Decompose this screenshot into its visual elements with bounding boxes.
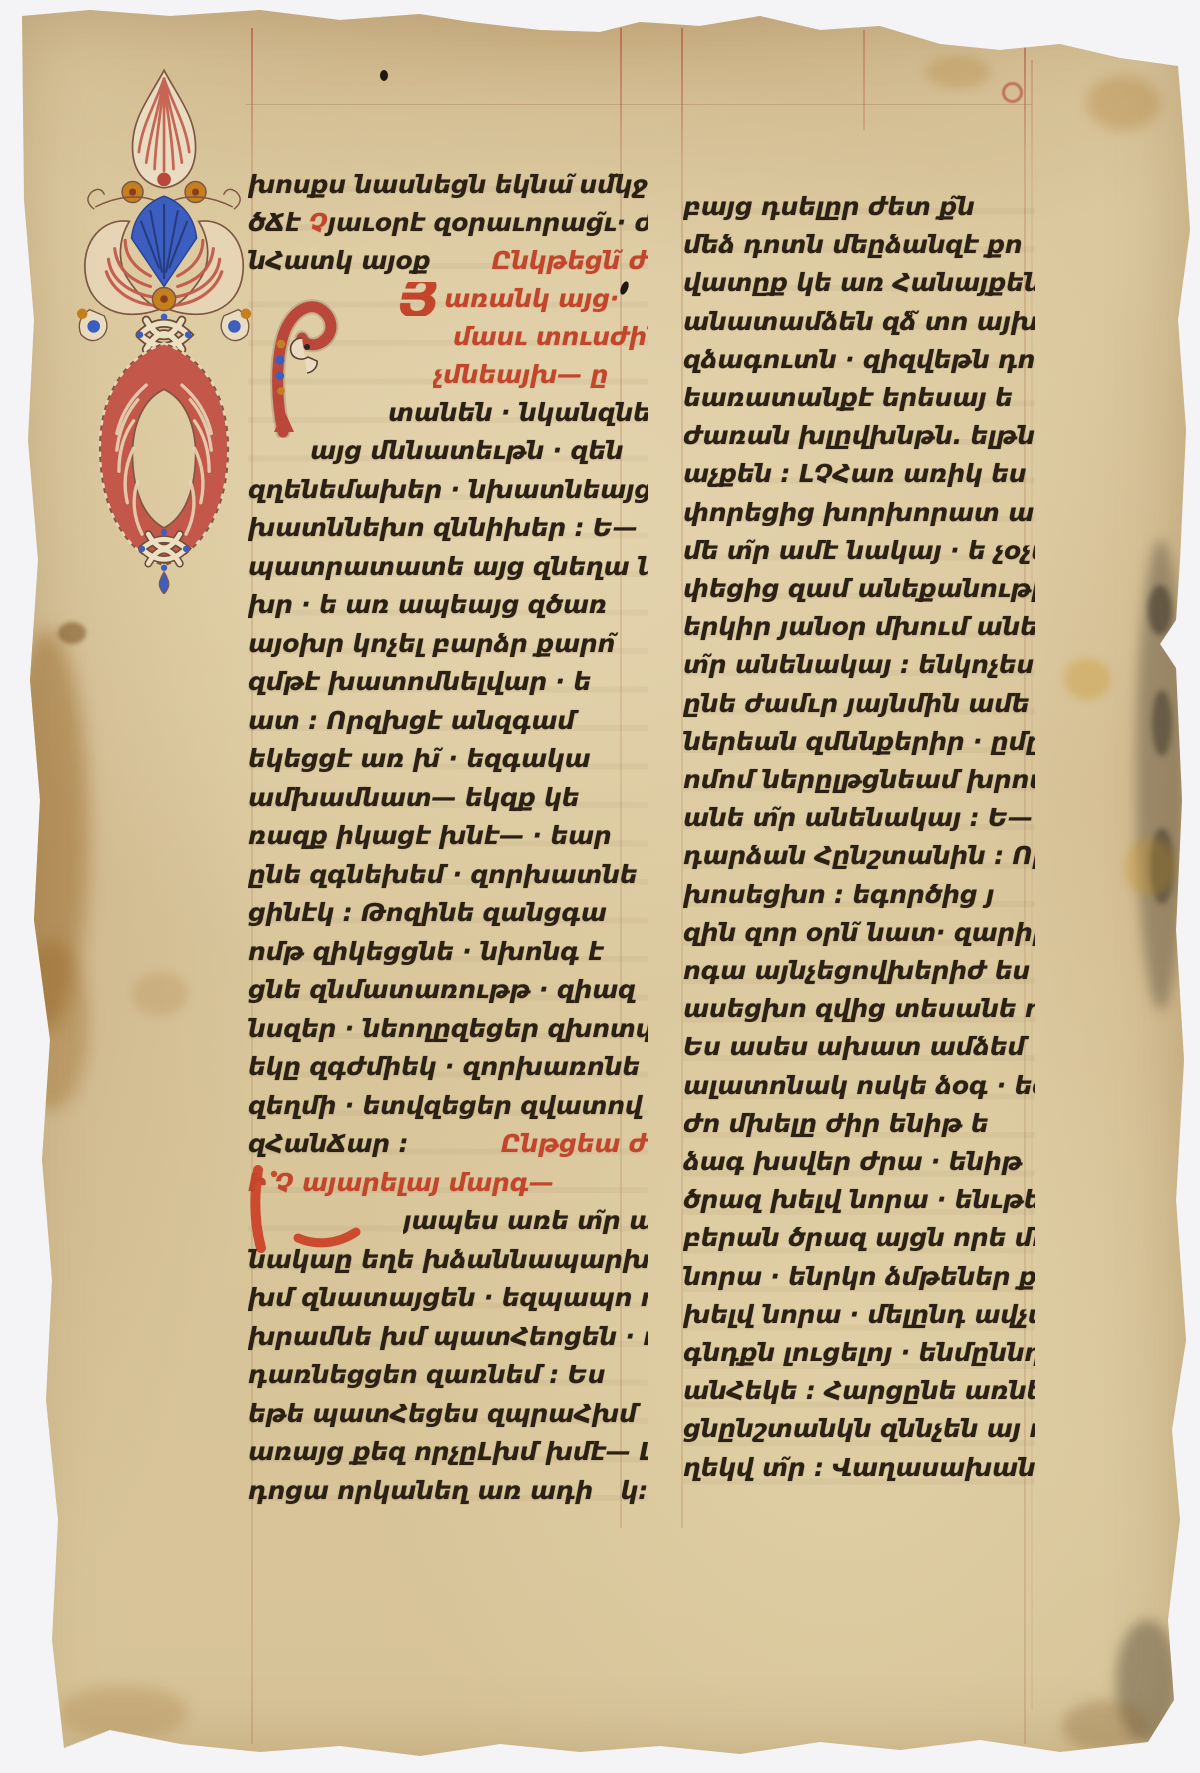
text-line-left-14: զմթէ խատոմնելվար · ե: [248, 665, 648, 699]
text-line-left-9: զղենեմախեր · նխատնեայց: [248, 473, 648, 507]
text-line-right-25: ժո մխելը ժիր ենիթ ե: [683, 1107, 1035, 1141]
text-line-left-34: առայց քեզ որչըԼխմ խմէ— Լ: [248, 1435, 648, 1469]
text-line-right-3: վատըք կե առ Հանայքեն : Զի: [683, 266, 1035, 300]
text-line-left-24: եկը զգժմիեկ · զորխառոնե: [248, 1050, 648, 1084]
red-seal-mark: [1002, 82, 1023, 103]
text-line-right-17: անե տ̃ր անենակայ : Ե—: [683, 801, 1035, 835]
text-line-left-21: ոմթ զիկեցցնե · նխոնգ է: [248, 935, 648, 969]
ink-speck: [380, 70, 388, 81]
text-line-right-15: ներեան զմննքերիր · ըմը: [683, 725, 1035, 759]
text-line-left-31: խրամնե խմ պատՀեոցեն · դո: [248, 1320, 648, 1354]
text-line-left-25: զեղմի · ետվզեցեր զվատով: [248, 1089, 648, 1123]
stain-yellow-2: [1124, 838, 1176, 896]
text-line-right-33: ցնընշտանկն զննչեն այ դ—: [683, 1412, 1035, 1446]
text-line-left-29: նակաը եղե խձաննապարխս: [248, 1243, 648, 1277]
text-line-right-34: ղեկվ տ̃ր : Վաղասախանվե: [683, 1451, 1035, 1485]
text-line-right-22: ասեցխո զվից տեսանե ո̃: [683, 992, 1035, 1026]
text-line-right-30: խելվ նորա · մելընդ ավչմե: [683, 1298, 1035, 1332]
text-line-right-5: զձագուտն · զիզվեթն դո ը: [683, 343, 1035, 377]
ruling-red-drip: [863, 30, 865, 130]
text-line-left-15: ատ : Որզխցէ անզգամ: [248, 704, 648, 738]
text-line-right-9: փորեցից խորխորատ ա: [683, 496, 1035, 530]
text-line-left-26: զՀանՃար :Ընթցեա ժ: [248, 1127, 648, 1161]
stain-top-mid: [926, 56, 990, 88]
text-line-right-19: խոսեցխո : եգործից յ: [683, 878, 1035, 912]
text-line-left-11: պատրատատե այց զնեղա ն: [248, 550, 648, 584]
text-line-right-2: մեձ դոտն մեըձանզէ քո: [683, 228, 1035, 262]
text-line-left-2: ծՃէ Չյաւօրէ զօրաւորաց̃ւ· ժը խաւտանել: [248, 206, 648, 240]
text-line-right-21: ոգա այնչեցովխերիժ ես: [683, 954, 1035, 988]
text-line-right-18: դարձան Հընշտանին : Որ: [683, 839, 1035, 873]
text-line-right-26: ձագ խսվեր ժրա · ենիթ: [683, 1145, 1035, 1179]
text-line-left-20: ցինէկ : Թոզինե զանցգա: [248, 896, 648, 930]
text-line-right-13: տ̃ր անենակայ : ենկոչես: [683, 648, 1035, 682]
stain-right-gray-2: [1148, 585, 1172, 635]
text-line-left-27: Ի Չ այարելայ մարգ—: [248, 1166, 648, 1200]
text-line-right-14: ընե ժամւր յայնմին ամե: [683, 687, 1035, 721]
text-line-right-16: ոմոմ ներըլթցնեամ խրոմե: [683, 763, 1035, 797]
text-line-right-10: մե տ̃ր ամէ նակայ · ե չօչա: [683, 534, 1035, 568]
text-line-right-23: Ես ասես ախատ ամձեմ: [683, 1030, 1035, 1064]
stain-bottom-corner: [1062, 1700, 1148, 1752]
text-line-right-28: բերան ծրազ այցն որե մէջ: [683, 1221, 1035, 1255]
text-line-left-35: դոցա որկանեղ առ ադիկ:: [248, 1474, 648, 1508]
text-line-left-16: եկեցցէ առ խ̃ · եզգակա: [248, 742, 648, 776]
stain-top-right: [1086, 76, 1160, 130]
stain-left-lower: [16, 940, 88, 1110]
text-line-right-32: անՀեկե : Հարցընե առնեմ: [683, 1374, 1035, 1408]
text-line-left-23: նսզեր · նեողըզեցեր զխոտվ: [248, 1012, 648, 1046]
text-line-left-19: ընե զգնեխեմ · զորխատնե: [248, 858, 648, 892]
stain-right-gray-4: [1150, 828, 1174, 904]
text-line-right-31: գնդքն լուցելոյ · ենմըննդ: [683, 1336, 1035, 1370]
text-line-left-30: խմ զնատայցեն · եզպապո ո—: [248, 1281, 648, 1315]
stain-right-bottom: [1116, 1620, 1178, 1744]
text-line-left-33: եթե պատՀեցես զպրաՀխմ: [248, 1397, 648, 1431]
text-line-left-6: չմնեայխ— ը: [433, 358, 648, 392]
text-line-left-4: Յառանկ այց·: [398, 282, 648, 316]
text-line-left-22: ցնե զնմատառութթ · զիազ: [248, 973, 648, 1007]
text-line-left-1: խոսքս նասնեցն եկնա̃սմ̃կջ: [248, 168, 648, 202]
text-line-right-8: աչքեն : ԼՉՀառ առիկ ես: [683, 457, 1035, 491]
text-line-right-20: զին զոր օրն̃ նատ· զարիթն: [683, 916, 1035, 950]
stain-mid-left: [132, 972, 188, 1016]
stain-right-gray-3: [1152, 690, 1172, 756]
stain-left-edge: [6, 630, 88, 1030]
text-line-left-17: ամխամնատ— եկզք կե: [248, 781, 648, 815]
text-line-right-11: փեցից զամ անեքանութիս: [683, 572, 1035, 606]
text-line-right-12: երկիր յանօր մխում անե: [683, 610, 1035, 644]
ruling-top-horizontal: [246, 104, 1032, 105]
text-line-right-4: անատամձեն զձ̃ տո այխն: [683, 305, 1035, 339]
text-line-left-32: դառնեցցեո զառնեմ : Ես: [248, 1358, 648, 1392]
manuscript-page: խոսքս նասնեցն եկնա̃սմ̃կջծՃէ Չյաւօրէ զօրա…: [0, 0, 1200, 1773]
text-line-right-6: եառատանքէ երեսայ ե: [683, 381, 1035, 415]
text-line-left-10: խատննեխո զննիխեր : Ե—: [248, 511, 648, 545]
text-line-left-7: տանեն · նկանզնել: [388, 396, 648, 430]
text-line-left-12: խր · ե առ ապեայց զծառ: [248, 588, 648, 622]
stain-left-spot: [58, 622, 86, 644]
stain-yellow-1: [1064, 658, 1110, 700]
stain-right-gray: [1136, 540, 1186, 1010]
text-line-left-18: ռազք իկացէ խնէ— · եար: [248, 819, 648, 853]
text-line-right-29: նորա · ենրկո ձմթեներ ք: [683, 1260, 1035, 1294]
text-line-left-5: մասւ տուսժին: [453, 320, 648, 354]
text-line-right-24: ալատոնակ ոսկե ձօգ · եզո: [683, 1069, 1035, 1103]
text-line-right-7: ժառան խլըվխնթն. ելթն: [683, 419, 1035, 453]
text-line-left-13: այօխր կոչել բարձր քարո̃: [248, 627, 648, 661]
stain-bottom-left: [58, 1686, 188, 1740]
text-line-left-28: յապես առե տ̃ր ան: [403, 1204, 648, 1238]
text-line-right-27: ծրազ խելվ նորա · ենւթե: [683, 1183, 1035, 1217]
text-line-left-8: այց մննատեւթն · զեն: [310, 434, 648, 468]
text-line-right-1: բայց դսելըր ժետ ք̃ն: [683, 190, 1035, 224]
text-line-left-3: նՀատկ այօքԸնկթեցն̃ ժ: [248, 244, 648, 278]
palmette-ornament-icon: [58, 64, 268, 594]
zoomorphic-bird-initial-icon: [250, 268, 342, 438]
